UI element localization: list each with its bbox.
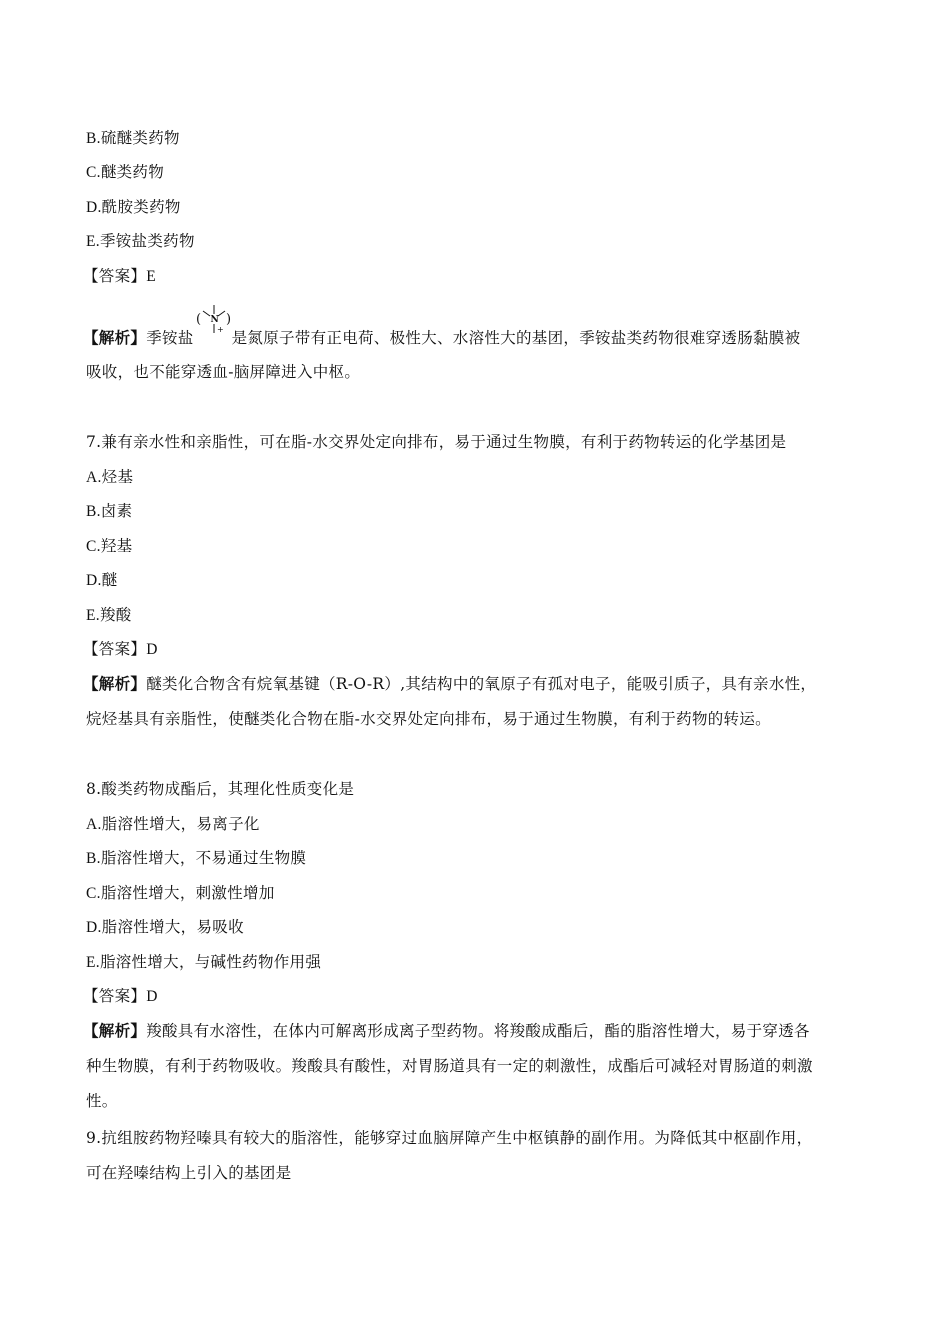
document-page: B.硫醚类药物 C.醚类药物 D.酰胺类药物 E.季铵盐类药物 【答案】E 【解…: [0, 0, 950, 1344]
question-stem: 可在羟嗪结构上引入的基团是: [86, 1164, 291, 1182]
q7-analysis-line2: 烷烃基具有亲脂性，使醚类化合物在脂-水交界处定向排布，易于通过生物膜，有利于药物…: [86, 709, 771, 729]
option-letter: C.: [86, 164, 101, 181]
quaternary-ammonium-structure-icon: ( ) N +: [194, 323, 232, 343]
option-letter: B.: [86, 503, 101, 520]
q8-option-c: C.脂溶性增大，刺激性增加: [86, 883, 275, 904]
option-letter: E.: [86, 954, 100, 971]
q6-analysis-line1: 【解析】季铵盐 ( ) N + 是氮原子带有正电荷、极性大、水溶性大的基团，季铵…: [83, 323, 800, 348]
option-text: 脂溶性增大，刺激性增加: [101, 884, 275, 902]
option-text: 卤素: [101, 502, 133, 520]
q8-option-e: E.脂溶性增大，与碱性药物作用强: [86, 952, 321, 973]
answer-label: 【答案】: [83, 267, 146, 285]
option-letter: B.: [86, 850, 101, 867]
question-stem: 8.酸类药物成酯后，其理化性质变化是: [86, 780, 354, 798]
option-text: 羟基: [101, 537, 133, 555]
question-stem: 7.兼有亲水性和亲脂性，可在脂-水交界处定向排布，易于通过生物膜，有利于药物转运…: [86, 433, 786, 451]
option-letter: D.: [86, 199, 102, 216]
option-text: 脂溶性增大，易吸收: [102, 918, 244, 936]
analysis-text: 醚类化合物含有烷氧基键（R-O-R）,其结构中的氧原子有孤对电子，能吸引质子，具…: [146, 675, 816, 693]
option-letter: D.: [86, 919, 102, 936]
q7-option-c: C.羟基: [86, 536, 132, 557]
q8-option-d: D.脂溶性增大，易吸收: [86, 917, 244, 938]
option-text: 醚类药物: [101, 163, 164, 181]
analysis-text: 种生物膜，有利于药物吸收。羧酸具有酸性，对胃肠道具有一定的刺激性，成酯后可减轻对…: [86, 1057, 813, 1075]
q8-analysis-line3: 性。: [86, 1091, 118, 1111]
q7-answer: 【答案】D: [83, 639, 158, 660]
analysis-text: 烷烃基具有亲脂性，使醚类化合物在脂-水交界处定向排布，易于通过生物膜，有利于药物…: [86, 710, 771, 728]
q8-analysis-line2: 种生物膜，有利于药物吸收。羧酸具有酸性，对胃肠道具有一定的刺激性，成酯后可减轻对…: [86, 1056, 813, 1076]
svg-text:): ): [226, 312, 231, 327]
q6-option-b: B.硫醚类药物: [86, 128, 180, 149]
option-text: 羧酸: [100, 606, 132, 624]
analysis-label: 【解析】: [83, 674, 146, 693]
answer-label: 【答案】: [83, 640, 146, 658]
option-text: 酰胺类药物: [102, 198, 181, 216]
q7-stem: 7.兼有亲水性和亲脂性，可在脂-水交界处定向排布，易于通过生物膜，有利于药物转运…: [86, 432, 786, 452]
option-text: 硫醚类药物: [101, 129, 180, 147]
option-letter: E.: [86, 233, 100, 250]
q8-answer: 【答案】D: [83, 986, 158, 1007]
question-stem: 9.抗组胺药物羟嗪具有较大的脂溶性，能够穿过血脑屏障产生中枢镇静的副作用。为降低…: [86, 1129, 812, 1147]
option-letter: C.: [86, 538, 101, 555]
option-text: 季铵盐类药物: [100, 232, 195, 250]
q6-option-c: C.醚类药物: [86, 162, 164, 183]
analysis-text: 羧酸具有水溶性，在体内可解离形成离子型药物。将羧酸成酯后，酯的脂溶性增大，易于穿…: [146, 1022, 810, 1040]
q8-analysis-line1: 【解析】羧酸具有水溶性，在体内可解离形成离子型药物。将羧酸成酯后，酯的脂溶性增大…: [83, 1021, 810, 1041]
q7-option-e: E.羧酸: [86, 605, 132, 626]
answer-value: D: [146, 641, 158, 658]
answer-value: E: [146, 268, 156, 285]
analysis-label: 【解析】: [83, 328, 146, 347]
q9-stem-line2: 可在羟嗪结构上引入的基团是: [86, 1163, 291, 1183]
q7-analysis-line1: 【解析】醚类化合物含有烷氧基键（R-O-R）,其结构中的氧原子有孤对电子，能吸引…: [83, 674, 816, 694]
q7-option-a: A.烃基: [86, 467, 133, 488]
option-letter: C.: [86, 885, 101, 902]
q8-option-b: B.脂溶性增大，不易通过生物膜: [86, 848, 306, 869]
analysis-text: 是氮原子带有正电荷、极性大、水溶性大的基团，季铵盐类药物很难穿透肠黏膜被: [232, 329, 801, 347]
option-letter: B.: [86, 130, 101, 147]
option-text: 烃基: [102, 468, 134, 486]
option-letter: A.: [86, 469, 102, 486]
q9-stem-line1: 9.抗组胺药物羟嗪具有较大的脂溶性，能够穿过血脑屏障产生中枢镇静的副作用。为降低…: [86, 1128, 812, 1148]
q8-stem: 8.酸类药物成酯后，其理化性质变化是: [86, 779, 354, 799]
svg-text:N: N: [210, 315, 219, 325]
q7-option-d: D.醚: [86, 570, 117, 591]
analysis-label: 【解析】: [83, 1021, 146, 1040]
q7-option-b: B.卤素: [86, 501, 132, 522]
option-text: 脂溶性增大，易离子化: [102, 815, 260, 833]
analysis-text: 吸收，也不能穿透血-脑屏障进入中枢。: [86, 363, 360, 381]
option-letter: E.: [86, 607, 100, 624]
q6-analysis-line2: 吸收，也不能穿透血-脑屏障进入中枢。: [86, 362, 360, 382]
analysis-text: 季铵盐: [146, 329, 193, 347]
option-letter: D.: [86, 572, 102, 589]
svg-text:+: +: [217, 325, 224, 334]
answer-value: D: [146, 988, 158, 1005]
analysis-text: 性。: [86, 1092, 118, 1110]
option-text: 脂溶性增大，与碱性药物作用强: [100, 953, 321, 971]
option-text: 脂溶性增大，不易通过生物膜: [101, 849, 306, 867]
option-letter: A.: [86, 816, 102, 833]
svg-text:(: (: [196, 312, 201, 327]
answer-label: 【答案】: [83, 987, 146, 1005]
q6-option-e: E.季铵盐类药物: [86, 231, 195, 252]
option-text: 醚: [102, 571, 118, 589]
q8-option-a: A.脂溶性增大，易离子化: [86, 814, 260, 835]
q6-option-d: D.酰胺类药物: [86, 197, 181, 218]
q6-answer: 【答案】E: [83, 266, 156, 287]
